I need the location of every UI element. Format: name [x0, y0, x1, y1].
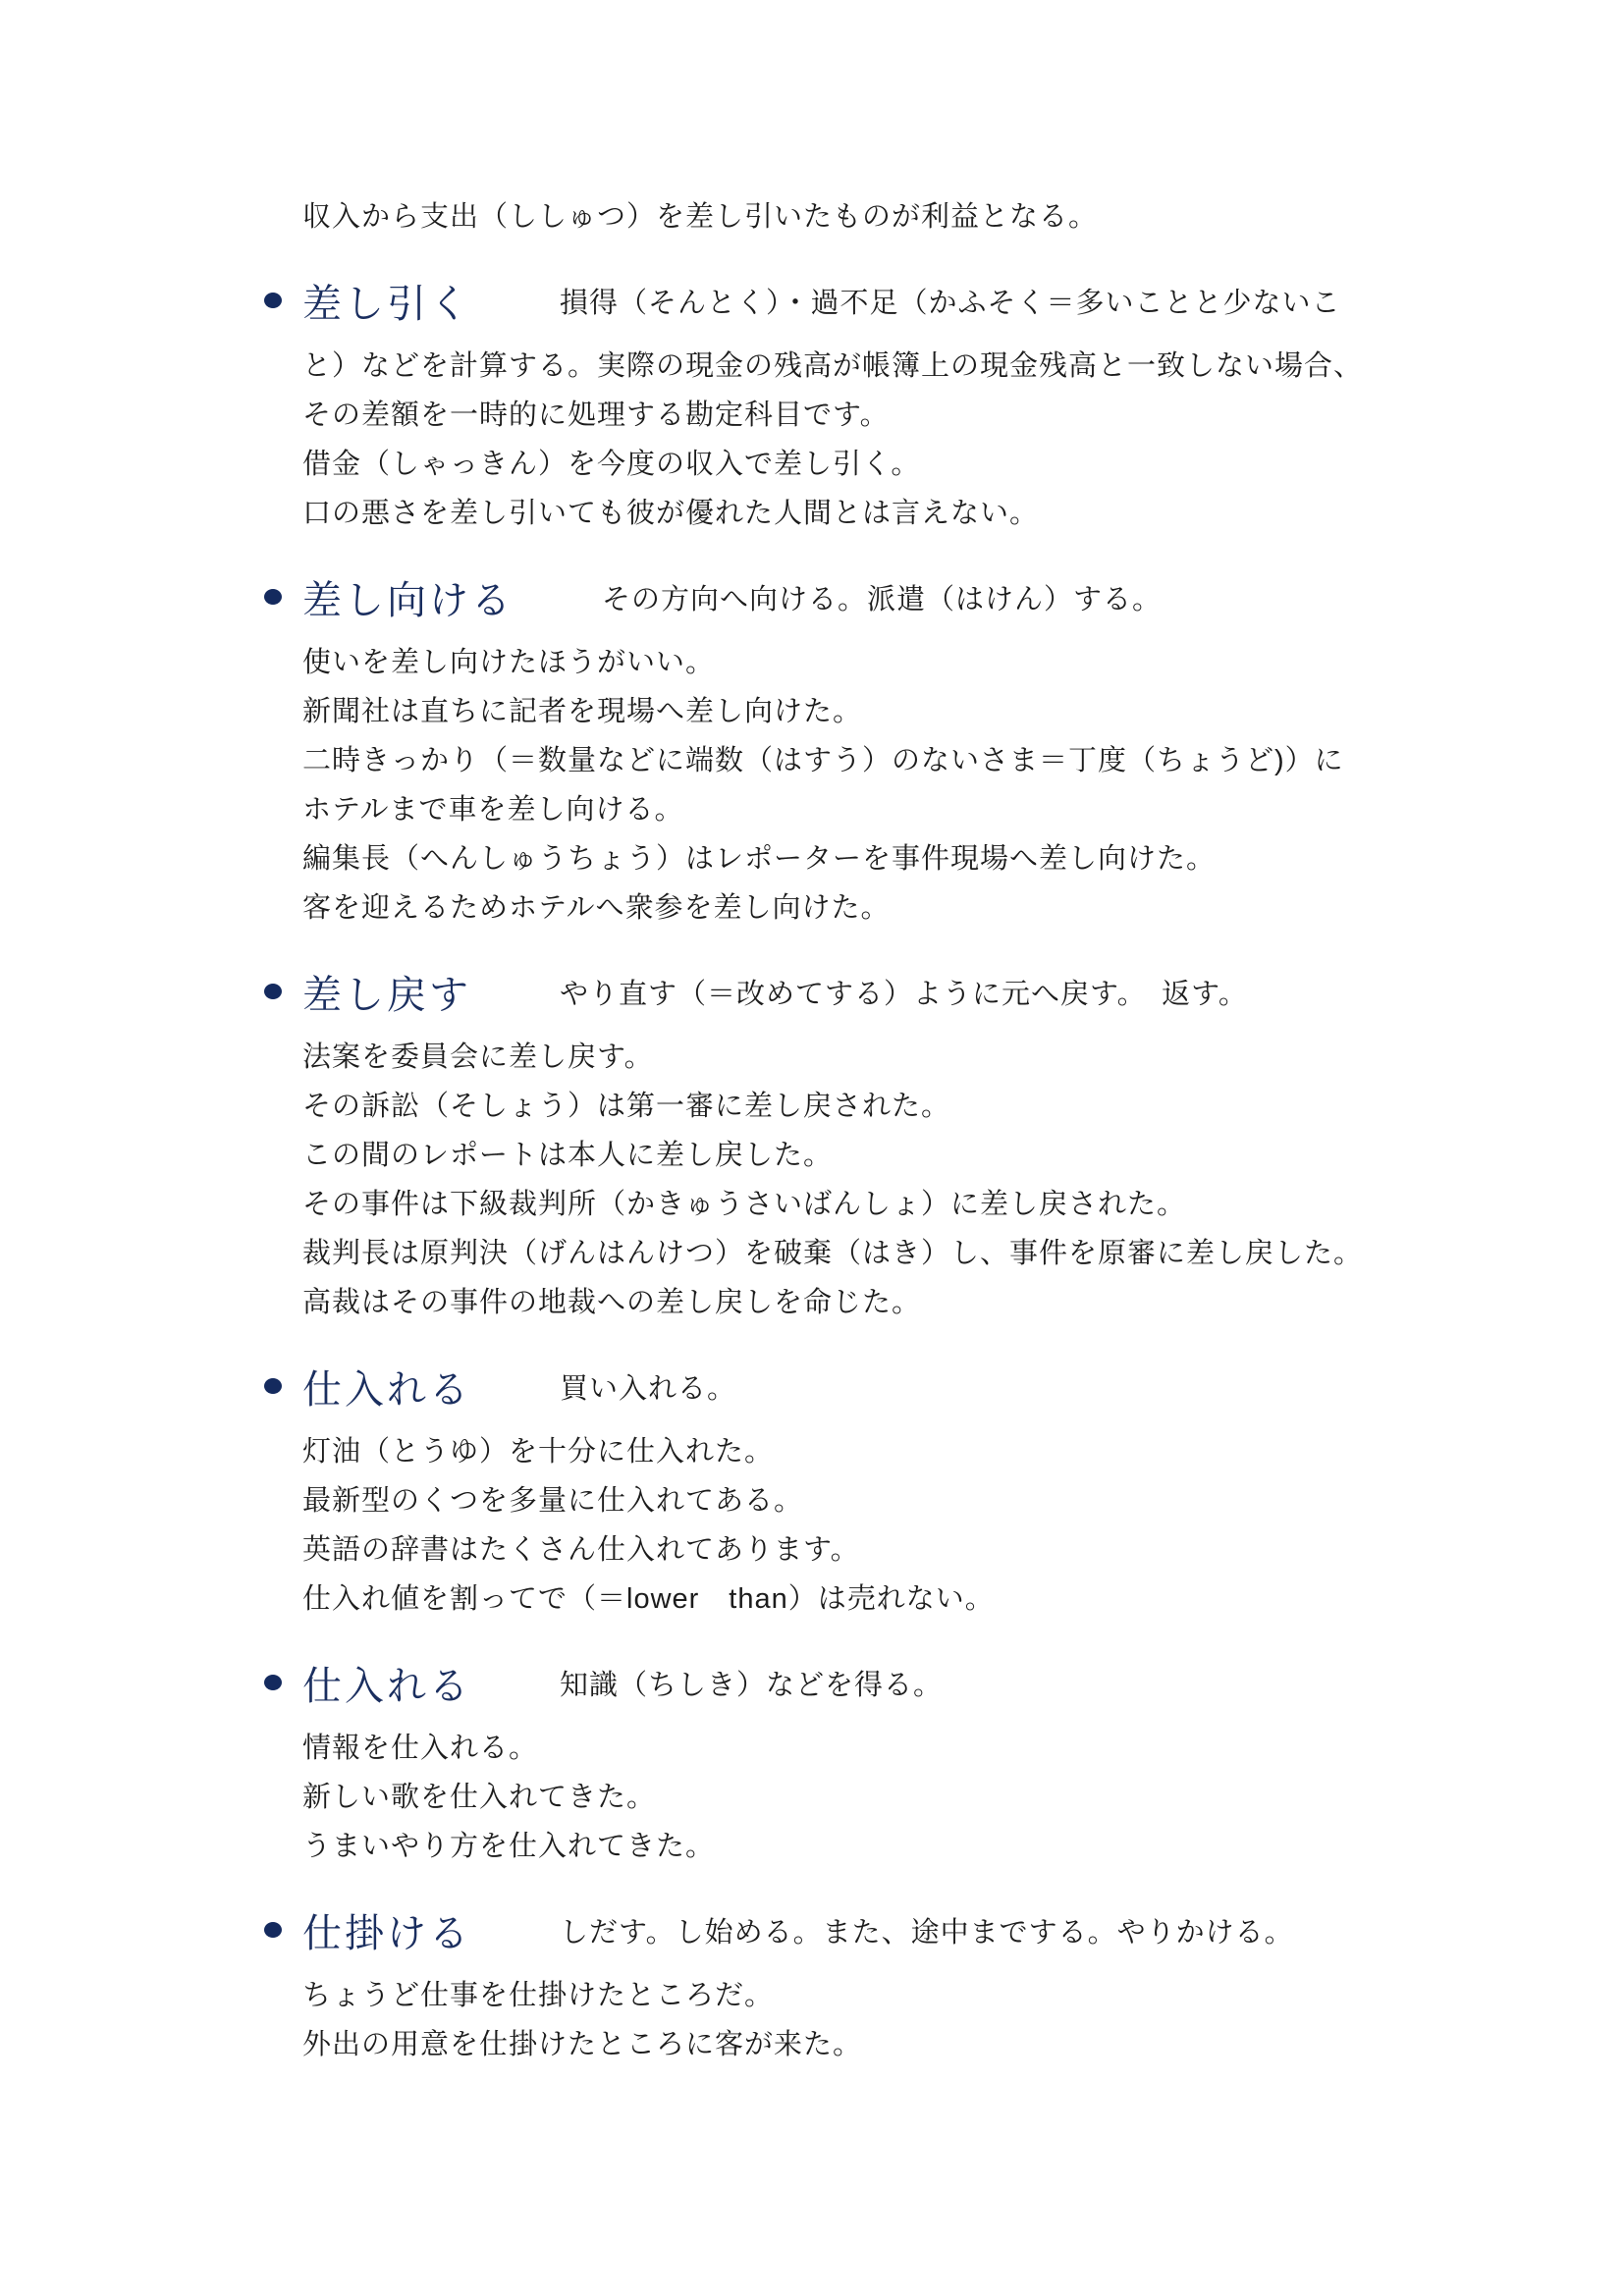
- entry-line: ホテルまで車を差し向ける。: [302, 785, 1545, 834]
- entry-line: 二時きっかり（＝数量などに端数（はすう）のないさま＝丁度（ちょうど)）に: [302, 736, 1545, 785]
- entry-line: ちょうど仕事を仕掛けたところだ。: [302, 1971, 1545, 2020]
- bullet-icon: [264, 984, 282, 999]
- entry-shiireru-buy: 仕入れる 買い入れる。 灯油（とうゆ）を十分に仕入れた。 最新型のくつを多量に仕…: [264, 1361, 1545, 1624]
- entry-body: 法案を委員会に差し戻す。 その訴訟（そしょう）は第一審に差し戻された。 この間の…: [302, 1033, 1545, 1327]
- bullet-icon: [264, 293, 282, 308]
- entry-line: と）などを計算する。実際の現金の残高が帳簿上の現金残高と一致しない場合、: [302, 342, 1545, 391]
- document-page: 収入から支出（ししゅつ）を差し引いたものが利益となる。 差し引く 損得（そんとく…: [0, 0, 1624, 2296]
- entry-head: 差し引く 損得（そんとく）・過不足（かふそく＝多いことと少ないこ: [264, 275, 1545, 326]
- entry-shikakeru: 仕掛ける しだす。し始める。また、途中までする。やりかける。 ちょうど仕事を仕掛…: [264, 1904, 1545, 2069]
- entry-line: 裁判長は原判決（げんはんけつ）を破棄（はき）し、事件を原審に差し戻した。: [302, 1229, 1545, 1278]
- entry-line: 外出の用意を仕掛けたところに客が来た。: [302, 2020, 1545, 2069]
- entry-head: 仕入れる 買い入れる。: [264, 1361, 1545, 1412]
- entry-line: 英語の辞書はたくさん仕入れてあります。: [302, 1525, 1545, 1575]
- entry-definition: 損得（そんとく）・過不足（かふそく＝多いことと少ないこ: [560, 281, 1341, 321]
- entry-line: 高裁はその事件の地裁への差し戻しを命じた。: [302, 1278, 1545, 1327]
- entry-body: 情報を仕入れる。 新しい歌を仕入れてきた。 うまいやり方を仕入れてきた。: [302, 1724, 1545, 1871]
- entry-headword: 差し向ける: [302, 569, 514, 625]
- entry-headword: 差し戻す: [302, 964, 471, 1020]
- entry-body: 灯油（とうゆ）を十分に仕入れた。 最新型のくつを多量に仕入れてある。 英語の辞書…: [302, 1427, 1545, 1624]
- entry-sashimodosu: 差し戻す やり直す（＝改めてする）ように元へ戻す。 返す。 法案を委員会に差し戻…: [264, 966, 1545, 1327]
- entry-definition: その方向へ向ける。派遣（はけん）する。: [602, 577, 1162, 617]
- entry-line: 仕入れ値を割ってで（＝lower than）は売れない。: [302, 1575, 1545, 1624]
- entry-definition: 買い入れる。: [560, 1366, 736, 1407]
- entry-definition: しだす。し始める。また、途中までする。やりかける。: [560, 1910, 1294, 1950]
- entry-line: 口の悪さを差し引いても彼が優れた人間とは言えない。: [302, 489, 1545, 538]
- entry-shiireru-knowledge: 仕入れる 知識（ちしき）などを得る。 情報を仕入れる。 新しい歌を仕入れてきた。…: [264, 1657, 1545, 1871]
- entry-body: 使いを差し向けたほうがいい。 新聞社は直ちに記者を現場へ差し向けた。 二時きっか…: [302, 638, 1545, 933]
- entry-line: 客を迎えるためホテルへ衆参を差し向けた。: [302, 883, 1545, 933]
- entry-line: その事件は下級裁判所（かきゅうさいばんしょ）に差し戻された。: [302, 1180, 1545, 1229]
- bullet-icon: [264, 1378, 282, 1394]
- entry-sashihiku: 差し引く 損得（そんとく）・過不足（かふそく＝多いことと少ないこ と）などを計算…: [264, 275, 1545, 538]
- entry-headword: 仕入れる: [302, 1655, 471, 1711]
- entry-head: 差し向ける その方向へ向ける。派遣（はけん）する。: [264, 571, 1545, 622]
- entry-sashimukeru: 差し向ける その方向へ向ける。派遣（はけん）する。 使いを差し向けたほうがいい。…: [264, 571, 1545, 933]
- entry-head: 仕入れる 知識（ちしき）などを得る。: [264, 1657, 1545, 1708]
- entry-line: 最新型のくつを多量に仕入れてある。: [302, 1476, 1545, 1525]
- entry-definition: やり直す（＝改めてする）ように元へ戻す。 返す。: [560, 972, 1248, 1012]
- entry-line: うまいやり方を仕入れてきた。: [302, 1822, 1545, 1871]
- entry-line: 使いを差し向けたほうがいい。: [302, 638, 1545, 687]
- entry-line: 灯油（とうゆ）を十分に仕入れた。: [302, 1427, 1545, 1476]
- entry-body: ちょうど仕事を仕掛けたところだ。 外出の用意を仕掛けたところに客が来た。: [302, 1971, 1545, 2069]
- bullet-icon: [264, 1922, 282, 1938]
- entry-line: 法案を委員会に差し戻す。: [302, 1033, 1545, 1082]
- entry-line: 新聞社は直ちに記者を現場へ差し向けた。: [302, 687, 1545, 736]
- entry-headword: 仕掛ける: [302, 1902, 471, 1958]
- entry-body: と）などを計算する。実際の現金の残高が帳簿上の現金残高と一致しない場合、 その差…: [302, 342, 1545, 538]
- entry-line: その訴訟（そしょう）は第一審に差し戻された。: [302, 1082, 1545, 1131]
- entry-line: 新しい歌を仕入れてきた。: [302, 1773, 1545, 1822]
- entry-headword: 差し引く: [302, 273, 471, 329]
- entry-definition: 知識（ちしき）などを得る。: [560, 1663, 943, 1703]
- bullet-icon: [264, 1675, 282, 1690]
- entry-line: 情報を仕入れる。: [302, 1724, 1545, 1773]
- entry-line: 借金（しゃっきん）を今度の収入で差し引く。: [302, 440, 1545, 489]
- entry-headword: 仕入れる: [302, 1359, 471, 1415]
- intro-sentence: 収入から支出（ししゅつ）を差し引いたものが利益となる。: [302, 192, 1545, 241]
- bullet-icon: [264, 589, 282, 605]
- entry-head: 差し戻す やり直す（＝改めてする）ように元へ戻す。 返す。: [264, 966, 1545, 1017]
- entry-line: この間のレポートは本人に差し戻した。: [302, 1131, 1545, 1180]
- entry-head: 仕掛ける しだす。し始める。また、途中までする。やりかける。: [264, 1904, 1545, 1955]
- entry-line: 編集長（へんしゅうちょう）はレポーターを事件現場へ差し向けた。: [302, 834, 1545, 883]
- entry-line: その差額を一時的に処理する勘定科目です。: [302, 391, 1545, 440]
